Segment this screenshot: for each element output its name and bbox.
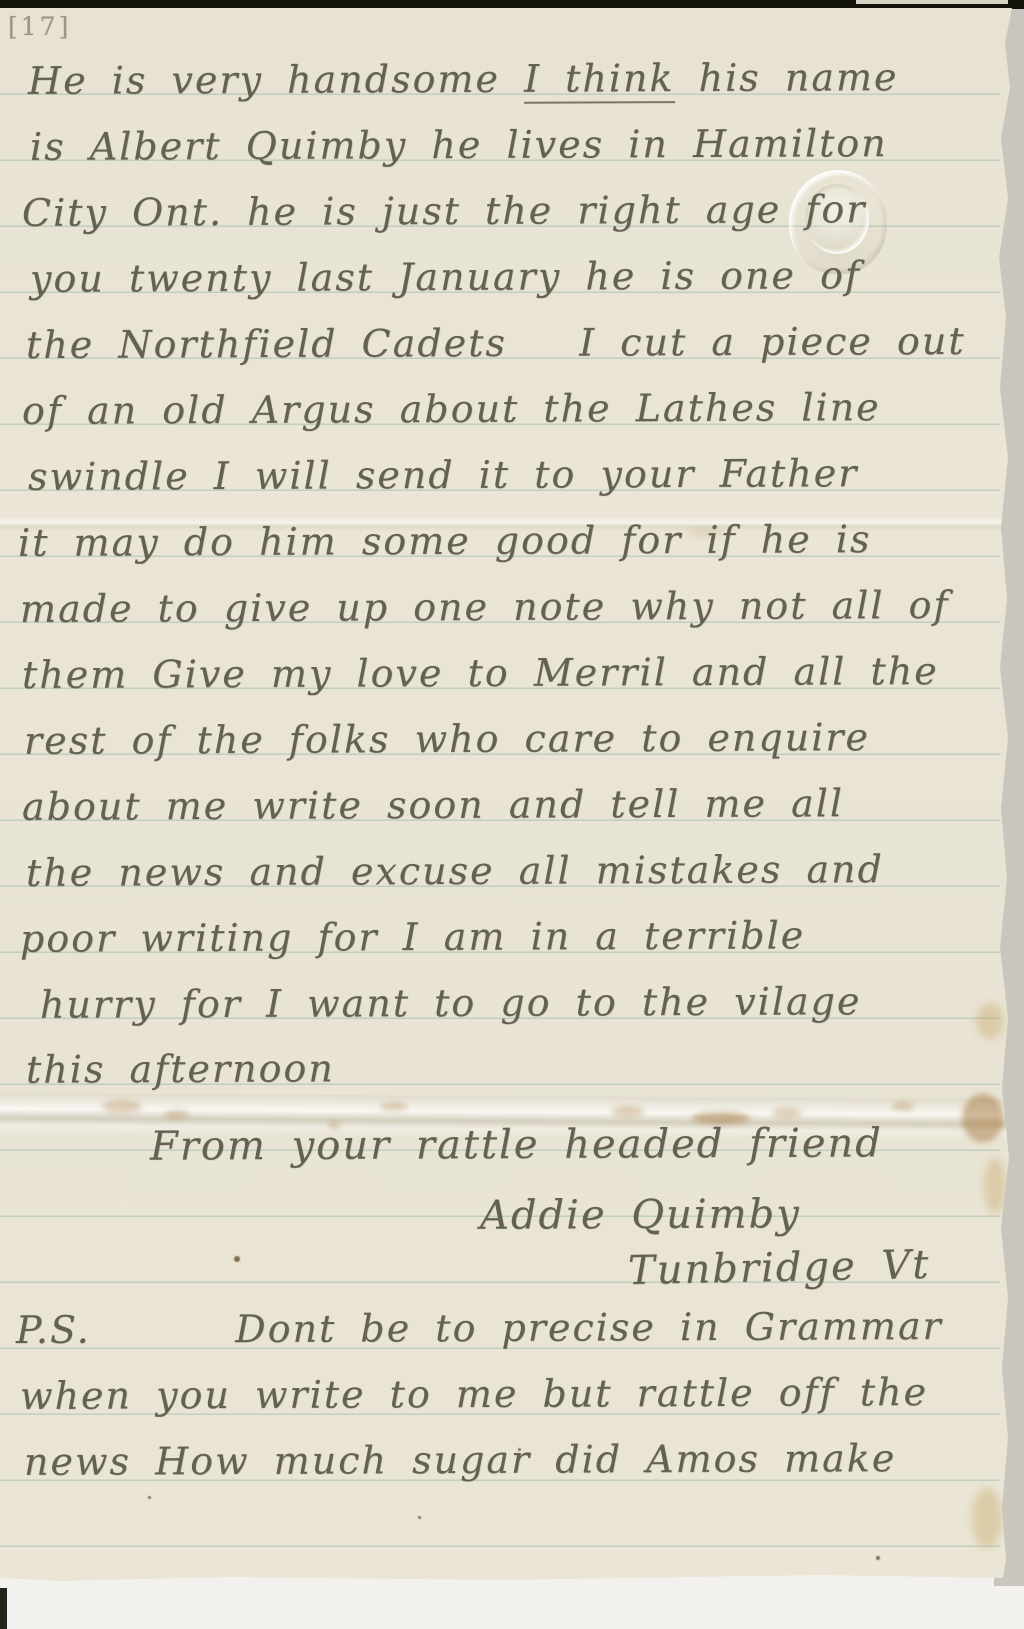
letter-line: swindle I will send it to your Father <box>28 451 859 499</box>
postscript-line: when you write to me but rattle off the <box>20 1370 928 1418</box>
letter-line: it may do him some good for if he is <box>18 517 872 565</box>
closing-line: From your rattle headed friend <box>150 1120 883 1169</box>
postscript-line: news How much sugar did Amos make <box>24 1436 896 1484</box>
letter-line: City Ont. he is just the right age for <box>22 187 867 235</box>
line-text: He is very handsome <box>28 57 524 103</box>
letter-line: He is very handsome I think his name <box>28 55 899 103</box>
letter-line: them Give my love to Merril and all the <box>22 649 939 697</box>
handwritten-text: He is very handsome I think his name is … <box>0 0 1024 1629</box>
letter-line: hurry for I want to go to the vilage <box>40 979 862 1027</box>
underlined-phrase: I think <box>524 56 675 104</box>
letter-line: you twenty last January he is one of <box>30 253 861 301</box>
letter-line: this afternoon <box>26 1046 335 1091</box>
line-text: his name <box>674 55 898 100</box>
letter-line: made to give up one note why not all of <box>20 583 950 631</box>
postscript-line: P.S. Dont be to precise in Grammar <box>16 1304 943 1352</box>
letter-line: is Albert Quimby he lives in Hamilton <box>30 121 888 169</box>
letter-line: poor writing for I am in a terrible <box>20 913 805 960</box>
signature-line: Addie Quimby <box>480 1191 801 1238</box>
letter-line: the Northfield Cadets I cut a piece out <box>26 319 966 367</box>
scanned-letter-page: [17] He is very handsome I think his nam… <box>0 0 1024 1629</box>
letter-line: of an old Argus about the Lathes line <box>22 385 881 433</box>
place-line: Tunbridge Vt <box>628 1242 931 1294</box>
letter-line: rest of the folks who care to enquire <box>24 715 870 763</box>
letter-line: the news and excuse all mistakes and <box>26 847 884 895</box>
letter-line: about me write soon and tell me all <box>22 781 844 829</box>
